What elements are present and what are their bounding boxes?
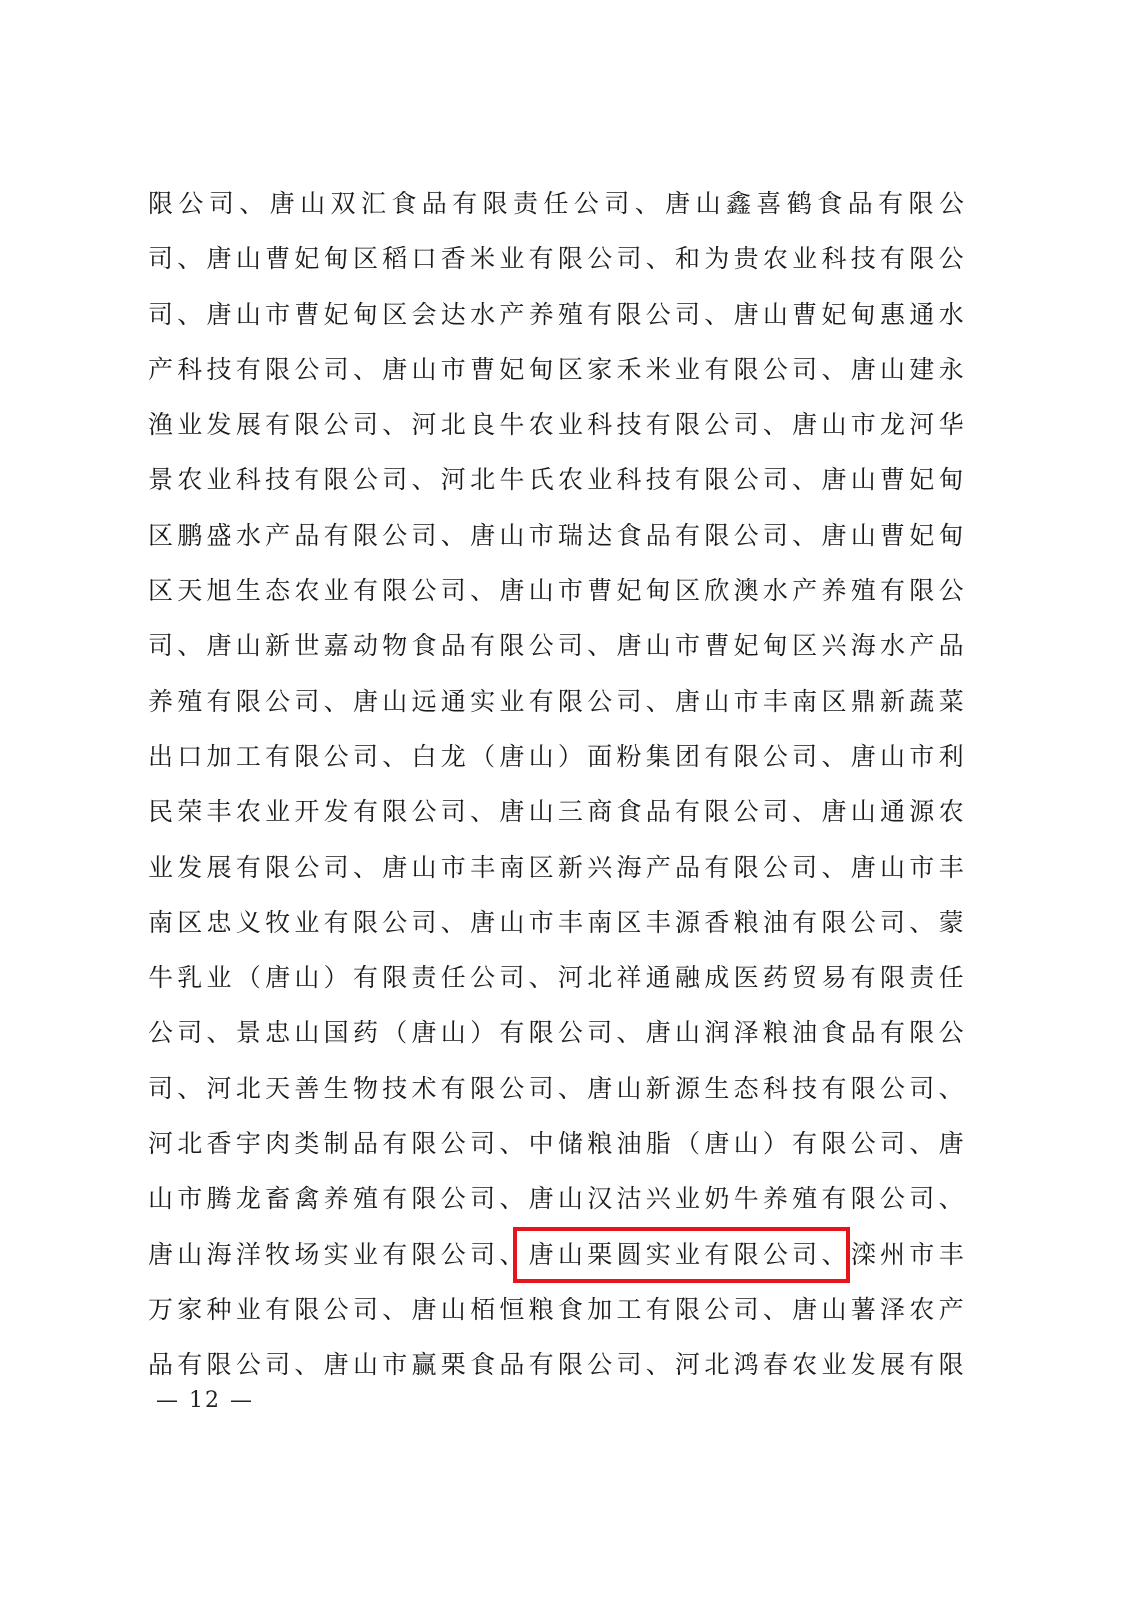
page-number: — 12 —	[156, 1388, 254, 1413]
document-page: 限公司、唐山双汇食品有限责任公司、唐山鑫喜鹤食品有限公 司、唐山曹妃甸区稻口香米…	[0, 0, 1131, 1600]
text-line: 产科技有限公司、唐山市曹妃甸区家禾米业有限公司、唐山建永	[146, 347, 966, 402]
text-line: 山市腾龙畜禽养殖有限公司、唐山汉沽兴业奶牛养殖有限公司、	[146, 1176, 966, 1231]
text-line: 牛乳业（唐山）有限责任公司、河北祥通融成医药贸易有限责任	[146, 955, 966, 1010]
text-line: 司、河北天善生物技术有限公司、唐山新源生态科技有限公司、	[146, 1066, 966, 1121]
text-line: 区鹏盛水产品有限公司、唐山市瑞达食品有限公司、唐山曹妃甸	[146, 513, 966, 568]
company-list-paragraph: 限公司、唐山双汇食品有限责任公司、唐山鑫喜鹤食品有限公 司、唐山曹妃甸区稻口香米…	[146, 181, 966, 1398]
text-line: 区天旭生态农业有限公司、唐山市曹妃甸区欣澳水产养殖有限公	[146, 568, 966, 623]
text-line: 唐山海洋牧场实业有限公司、唐山栗圆实业有限公司、滦州市丰	[146, 1232, 966, 1287]
text-line: 养殖有限公司、唐山远通实业有限公司、唐山市丰南区鼎新蔬菜	[146, 679, 966, 734]
text-line: 品有限公司、唐山市赢栗食品有限公司、河北鸿春农业发展有限	[146, 1342, 966, 1397]
text-line: 业发展有限公司、唐山市丰南区新兴海产品有限公司、唐山市丰	[146, 845, 966, 900]
text-line: 出口加工有限公司、白龙（唐山）面粉集团有限公司、唐山市利	[146, 734, 966, 789]
text-line: 司、唐山市曹妃甸区会达水产养殖有限公司、唐山曹妃甸惠通水	[146, 292, 966, 347]
text-line: 公司、景忠山国药（唐山）有限公司、唐山润泽粮油食品有限公	[146, 1010, 966, 1065]
text-line: 万家种业有限公司、唐山栢恒粮食加工有限公司、唐山薯泽农产	[146, 1287, 966, 1342]
text-line: 渔业发展有限公司、河北良牛农业科技有限公司、唐山市龙河华	[146, 402, 966, 457]
text-line: 司、唐山新世嘉动物食品有限公司、唐山市曹妃甸区兴海水产品	[146, 623, 966, 678]
text-line: 河北香宇肉类制品有限公司、中储粮油脂（唐山）有限公司、唐	[146, 1121, 966, 1176]
text-line: 限公司、唐山双汇食品有限责任公司、唐山鑫喜鹤食品有限公	[146, 181, 966, 236]
text-line: 南区忠义牧业有限公司、唐山市丰南区丰源香粮油有限公司、蒙	[146, 900, 966, 955]
text-line: 司、唐山曹妃甸区稻口香米业有限公司、和为贵农业科技有限公	[146, 236, 966, 291]
text-line: 民荣丰农业开发有限公司、唐山三商食品有限公司、唐山通源农	[146, 789, 966, 844]
text-line: 景农业科技有限公司、河北牛氏农业科技有限公司、唐山曹妃甸	[146, 457, 966, 512]
